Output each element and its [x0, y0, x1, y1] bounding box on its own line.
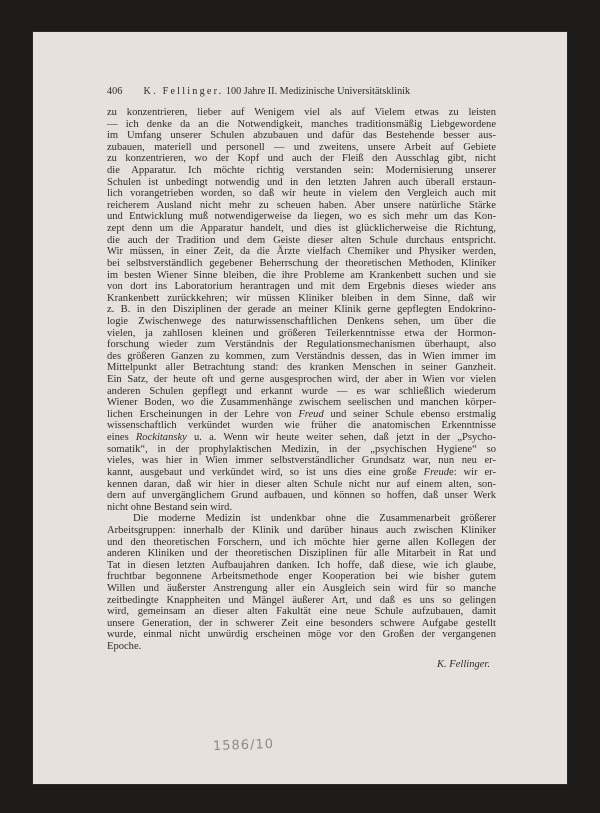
body-text: zu konzentrieren, lieber auf Wenigem vie… — [107, 107, 496, 653]
text-line: im besten Wiener Sinne bleiben, die ihre… — [107, 270, 496, 282]
text-line: Wiener Boden, wo die Zusammenhänge zwisc… — [107, 397, 496, 409]
header-title: 100 Jahre II. Medizinische Universitätsk… — [226, 86, 410, 97]
signature-text: K. Fellinger. — [437, 659, 496, 670]
text-line: zu konzentrieren, wo der Kopf und auch d… — [107, 153, 496, 165]
text-line: — ich denke da an die Notwendigkeit, man… — [107, 119, 496, 131]
text-line: eines Rockitansky u. a. Wenn wir heute w… — [107, 432, 496, 444]
header-author: K. Fellinger. — [144, 86, 224, 97]
text-line: von dort ins Laboratorium herantragen un… — [107, 281, 496, 293]
text-line: wissenschaftlich verkündet wurden wie fr… — [107, 420, 496, 432]
text-line: wurde, einmal nicht unwürdig erscheinen … — [107, 629, 496, 641]
text-line: bei selbstverständlich gegebener Beherrs… — [107, 258, 496, 270]
text-line: fruchtbar begonnene Arbeitsmethode enger… — [107, 571, 496, 583]
text-line: Die moderne Medizin ist undenkbar ohne d… — [107, 513, 496, 525]
text-line: Krankenbett zurückkehren; wir müssen Kli… — [107, 293, 496, 305]
text-line: Epoche. — [107, 641, 496, 653]
text-line: im Umfang unserer Schulen abzubauen und … — [107, 130, 496, 142]
text-line: Willen und äußerster Anstrengung aller e… — [107, 583, 496, 595]
text-line: die auch der Tradition und dem Geiste di… — [107, 235, 496, 247]
text-line: dern auf unvergänglichem Grund aufbauen,… — [107, 490, 496, 502]
paragraph: zu konzentrieren, lieber auf Wenigem vie… — [107, 107, 496, 513]
text-line: nicht ohne Bestand sein wird. — [107, 502, 496, 514]
text-line: wird, gemeinsam an dieser alten Fakultät… — [107, 606, 496, 618]
text-line: anderen Kliniken und der theoretischen D… — [107, 548, 496, 560]
text-line: die Apparatur. Ich möchte richtig versta… — [107, 165, 496, 177]
text-line: Mittelpunkt aller Betrachtung stand: des… — [107, 362, 496, 374]
text-line: vieles, was hier in Wien immer selbstver… — [107, 455, 496, 467]
text-line: kennen daran, daß wir hier in dieser alt… — [107, 479, 496, 491]
text-line: lichen Erscheinungen in der Lehre von Fr… — [107, 409, 496, 421]
text-line: Wir müssen, in einer Zeit, da die Ärzte … — [107, 246, 496, 258]
text-line: z. B. in den Disziplinen der gerade an m… — [107, 304, 496, 316]
italic-name: Rockitansky — [136, 432, 187, 443]
signature: K. Fellinger. — [107, 659, 496, 671]
text-line: somatik“, in der prophylaktischen Medizi… — [107, 444, 496, 456]
text-line: des größeren Ganzen zu kommen, zum Verst… — [107, 351, 496, 363]
italic-name: Freud — [424, 467, 449, 478]
document-page: 406 K. Fellinger. 100 Jahre II. Medizini… — [33, 32, 567, 784]
text-line: zubauen, materiell und personell — und z… — [107, 142, 496, 154]
paragraph: Die moderne Medizin ist undenkbar ohne d… — [107, 513, 496, 652]
text-line: Ein Satz, der heute oft und gerne ausges… — [107, 374, 496, 386]
italic-name: Freud — [298, 409, 323, 420]
text-line: Tat in diesen letzten Aufbaujahren danke… — [107, 560, 496, 572]
text-line: lich vorangetrieben worden, so daß wir h… — [107, 188, 496, 200]
text-line: logie Zwischenwege des naturwissenschaft… — [107, 316, 496, 328]
text-line: und Entwicklung muß notwendigerweise da … — [107, 211, 496, 223]
text-line: zeitbedingte Knappheiten und Mängel äuße… — [107, 595, 496, 607]
text-line: reicherem Ausland nicht mehr zu scheuen … — [107, 200, 496, 212]
text-line: Schulen ist unbedingt notwendig und in d… — [107, 177, 496, 189]
text-line: forschung wieder zum Verständnis der Reg… — [107, 339, 496, 351]
text-line: anderen Schulen gepflegt und erkannt wur… — [107, 386, 496, 398]
text-line: vielen, ja zahllosen kleinen und größere… — [107, 328, 496, 340]
text-line: kannt, ausgebaut und verkündet wird, so … — [107, 467, 496, 479]
text-line: unsere Generation, der in schwerer Zeit … — [107, 618, 496, 630]
handwritten-annotation: 1586/10 — [213, 737, 275, 754]
running-head: 406 K. Fellinger. 100 Jahre II. Medizini… — [107, 86, 497, 97]
page-number: 406 — [107, 86, 141, 97]
text-line: zept denn um die Apparatur handelt, und … — [107, 223, 496, 235]
text-line: und den theoretischen Forschern, und ich… — [107, 537, 496, 549]
text-line: zu konzentrieren, lieber auf Wenigem vie… — [107, 107, 496, 119]
text-line: Arbeitsgruppen: innerhalb der Klinik und… — [107, 525, 496, 537]
